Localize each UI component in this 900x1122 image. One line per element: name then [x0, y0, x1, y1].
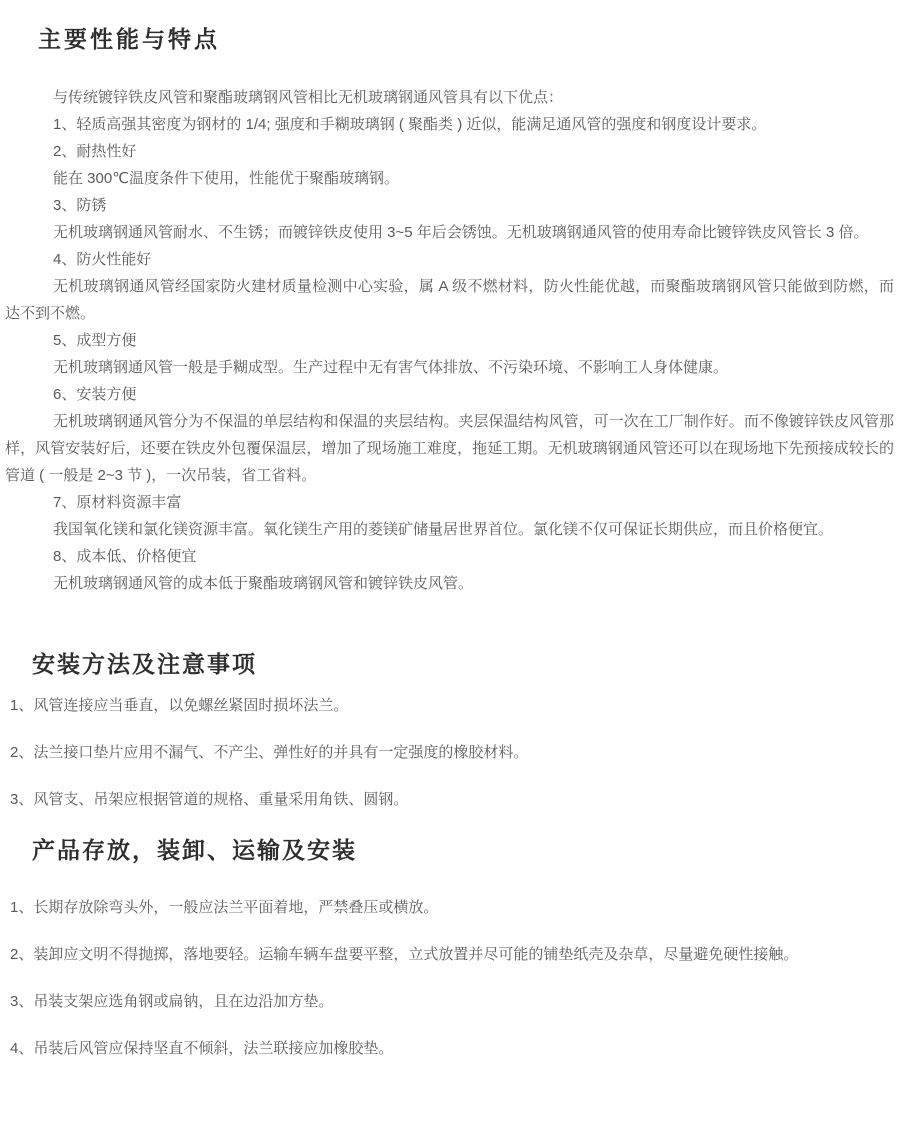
- performance-paragraph-15: 无机玻璃钢通风管的成本低于聚酯玻璃钢风管和镀锌铁皮风管。: [5, 570, 894, 597]
- performance-paragraph-1: 1、轻质高强其密度为钢材的 1/4; 强度和手糊玻璃钢 ( 聚酯类 ) 近似，能…: [5, 111, 894, 138]
- performance-paragraph-9: 无机玻璃钢通风管一般是手糊成型。生产过程中无有害气体排放、不污染环境、不影响工人…: [5, 354, 894, 381]
- performance-paragraph-4: 3、防锈: [5, 192, 894, 219]
- section-title-performance: 主要性能与特点: [38, 24, 900, 56]
- installation-item-list: 1、风管连接应当垂直，以免螺丝紧固时损坏法兰。 2、法兰接口垫片应用不漏气、不产…: [10, 693, 890, 813]
- storage-item-3: 3、吊装支架应选角钢或扁钠，且在边沿加方垫。: [10, 989, 890, 1015]
- storage-item-list: 1、长期存放除弯头外，一般应法兰平面着地，严禁叠压或横放。 2、装卸应文明不得抛…: [10, 895, 890, 1062]
- installation-item-1: 1、风管连接应当垂直，以免螺丝紧固时损坏法兰。: [10, 693, 890, 719]
- storage-item-4: 4、吊装后风管应保持坚直不倾斜，法兰联接应加橡胶垫。: [10, 1036, 890, 1062]
- performance-paragraph-12: 7、原材料资源丰富: [5, 489, 894, 516]
- performance-paragraph-2: 2、耐热性好: [5, 138, 894, 165]
- performance-paragraph-6: 4、防火性能好: [5, 246, 894, 273]
- section-title-installation: 安装方法及注意事项: [32, 649, 900, 681]
- performance-paragraph-list: 与传统镀锌铁皮风管和聚酯玻璃钢风管相比无机玻璃钢通风管具有以下优点： 1、轻质高…: [5, 84, 894, 597]
- section-title-storage-transport: 产品存放，装卸、运输及安装: [32, 835, 900, 867]
- storage-item-2: 2、装卸应文明不得抛掷，落地要轻。运输车辆车盘要平整，立式放置并尽可能的铺垫纸壳…: [10, 942, 890, 968]
- performance-paragraph-7: 无机玻璃钢通风管经国家防火建材质量检测中心实验，属 A 级不燃材料，防火性能优越…: [5, 273, 894, 327]
- installation-item-3: 3、风管支、吊架应根据管道的规格、重量采用角铁、圆钢。: [10, 787, 890, 813]
- performance-intro: 与传统镀锌铁皮风管和聚酯玻璃钢风管相比无机玻璃钢通风管具有以下优点：: [5, 84, 894, 111]
- performance-paragraph-3: 能在 300℃温度条件下使用，性能优于聚酯玻璃钢。: [5, 165, 894, 192]
- performance-paragraph-10: 6、安装方便: [5, 381, 894, 408]
- performance-paragraph-14: 8、成本低、价格便宜: [5, 543, 894, 570]
- performance-paragraph-13: 我国氧化镁和氯化镁资源丰富。氧化镁生产用的菱镁矿储量居世界首位。氯化镁不仅可保证…: [5, 516, 894, 543]
- installation-item-2: 2、法兰接口垫片应用不漏气、不产尘、弹性好的并具有一定强度的橡胶材料。: [10, 740, 890, 766]
- performance-paragraph-11: 无机玻璃钢通风管分为不保温的单层结构和保温的夹层结构。夹层保温结构风管，可一次在…: [5, 408, 894, 489]
- performance-paragraph-5: 无机玻璃钢通风管耐水、不生锈；而镀锌铁皮使用 3~5 年后会锈蚀。无机玻璃钢通风…: [5, 219, 894, 246]
- document-page: 主要性能与特点 与传统镀锌铁皮风管和聚酯玻璃钢风管相比无机玻璃钢通风管具有以下优…: [0, 24, 900, 1062]
- storage-item-1: 1、长期存放除弯头外，一般应法兰平面着地，严禁叠压或横放。: [10, 895, 890, 921]
- performance-paragraph-8: 5、成型方便: [5, 327, 894, 354]
